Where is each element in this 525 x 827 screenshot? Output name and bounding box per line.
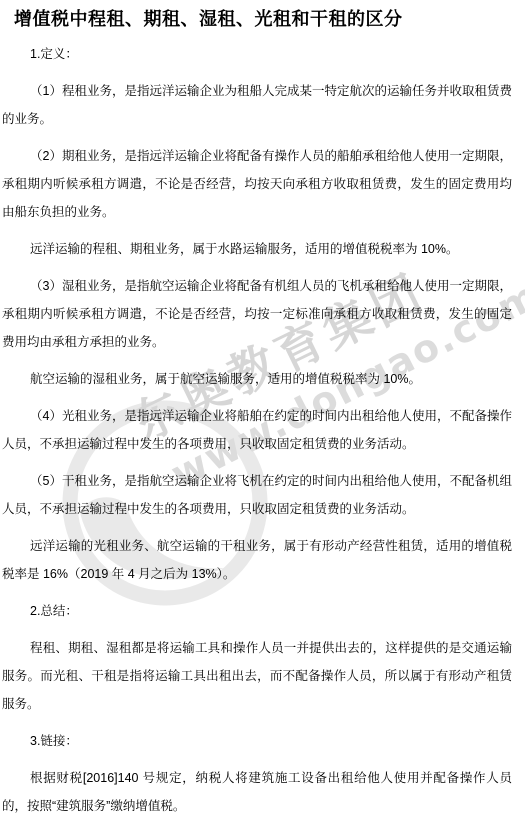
paragraph-tangible-leasing-rate: 远洋运输的光租业务、航空运输的干租业务，属于有形动产经营性租赁，适用的增值税税率… (2, 532, 512, 588)
paragraph-water-transport-rate: 远洋运输的程租、期租业务，属于水路运输服务，适用的增值税税率为 10%。 (2, 235, 512, 263)
section-heading-definition: 1.定义： (2, 40, 512, 68)
section-heading-summary: 2.总结： (2, 597, 512, 625)
paragraph-wet-lease: （3）湿租业务，是指航空运输企业将配备有机组人员的飞机承租给他人使用一定期限，承… (2, 272, 512, 356)
paragraph-time-charter: （2）期租业务，是指远洋运输企业将配备有操作人员的船舶承租给他人使用一定期限，承… (2, 142, 512, 226)
paragraph-bareboat-charter: （4）光租业务，是指远洋运输企业将船舶在约定的时间内出租给他人使用，不配备操作人… (2, 402, 512, 458)
document-title: 增值税中程租、期租、湿租、光租和干租的区分 (14, 7, 512, 31)
paragraph-link-regulation: 根据财税[2016]140 号规定，纳税人将建筑施工设备出租给他人使用并配备操作… (2, 764, 512, 820)
paragraph-dry-lease: （5）干租业务，是指航空运输企业将飞机在约定的时间内出租给他人使用，不配备机组人… (2, 467, 512, 523)
document-page: 东奥教育集团 www.dongao.com 增值税中程租、期租、湿租、光租和干租… (0, 0, 525, 827)
paragraph-air-transport-rate: 航空运输的湿租业务，属于航空运输服务，适用的增值税税率为 10%。 (2, 365, 512, 393)
paragraph-summary: 程租、期租、湿租都是将运输工具和操作人员一并提供出去的，这样提供的是交通运输服务… (2, 634, 512, 718)
section-heading-link: 3.链接： (2, 727, 512, 755)
document-content: 增值税中程租、期租、湿租、光租和干租的区分 1.定义： （1）程租业务，是指远洋… (0, 0, 525, 820)
paragraph-voyage-charter: （1）程租业务，是指远洋运输企业为租船人完成某一特定航次的运输任务并收取租赁费的… (2, 77, 512, 133)
